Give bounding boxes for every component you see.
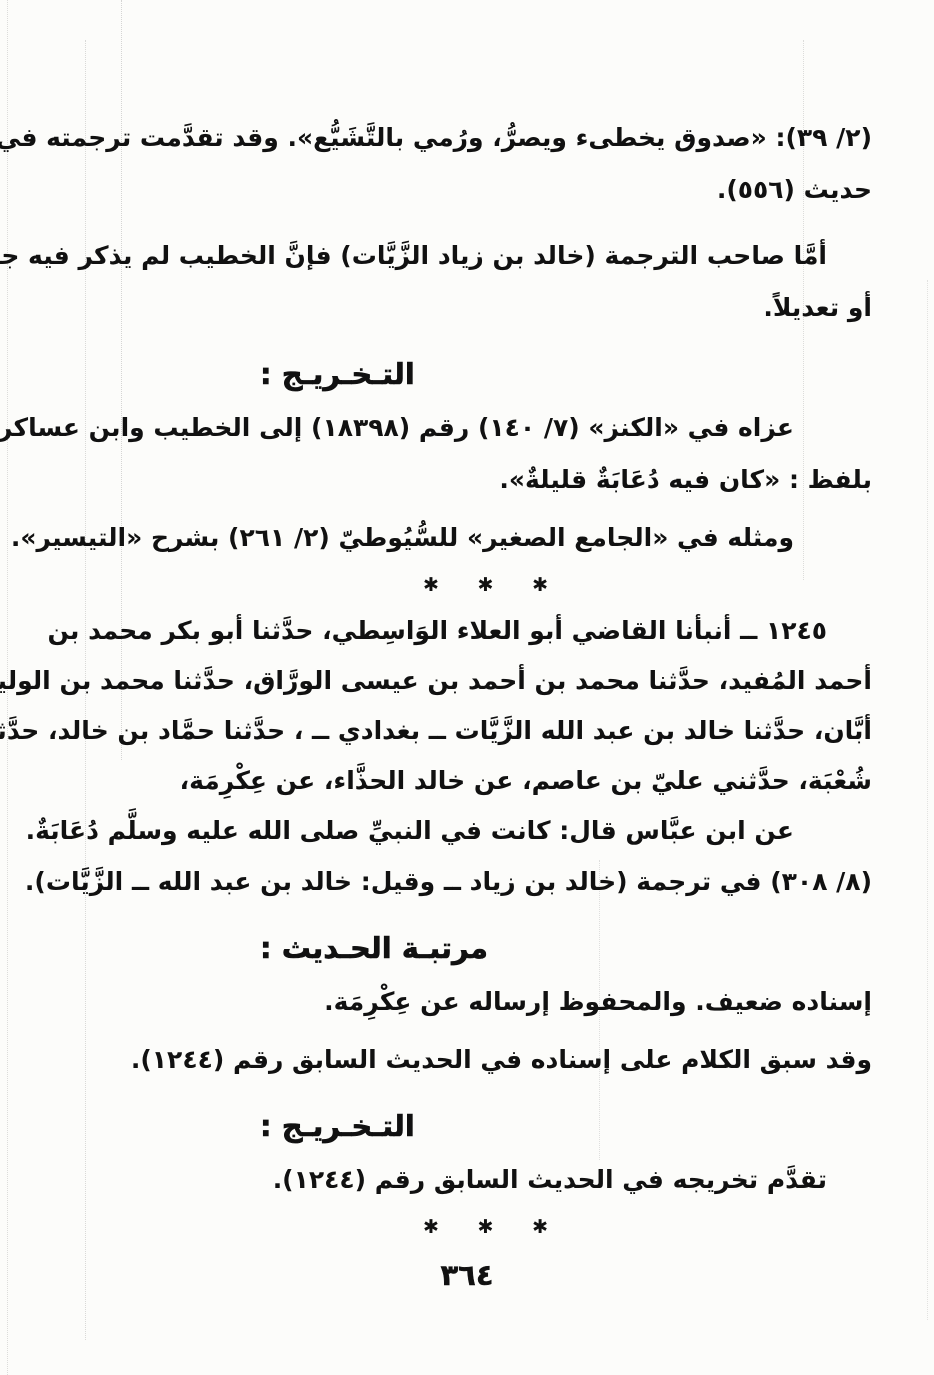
text-line: وقد سبق الكلام على إسناده في الحديث السا… xyxy=(85,1034,872,1086)
hadith-number-line: ١٢٤٥ ــ أنبأنا القاضي أبو العلاء الوَاسِ… xyxy=(85,606,872,656)
text-line: ومثله في «الجامع الصغير» للسُّيُوطيّ (٢/… xyxy=(85,512,872,564)
text-line: أبَّان، حدَّثنا خالد بن عبد الله الزَّيَ… xyxy=(85,706,872,756)
text-line: (٢/ ٣٩): «صدوق يخطىء ويصرُّ، ورُمي بالتَ… xyxy=(85,112,872,164)
separator-stars: ✱ ✱ ✱ xyxy=(85,1212,872,1242)
text-line: بلفظ : «كان فيه دُعَابَةٌ قليلةٌ». xyxy=(85,454,872,506)
separator-stars: ✱ ✱ ✱ xyxy=(85,570,872,600)
text-line: أمَّا صاحب الترجمة (خالد بن زياد الزَّيَ… xyxy=(85,230,872,282)
text-line: شُعْبَة، حدَّثني عليّ بن عاصم، عن خالد ا… xyxy=(85,756,872,806)
section-heading-martaba: مرتبـة الحـديث : xyxy=(85,920,872,976)
section-heading-takhrij: التـخـريـج : xyxy=(85,346,872,402)
text-line: عن ابن عبَّاس قال: كانت في النبيِّ صلى ا… xyxy=(85,806,872,856)
text-line: إسناده ضعيف. والمحفوظ إرساله عن عِكْرِمَ… xyxy=(85,976,872,1028)
section-heading-takhrij: التـخـريـج : xyxy=(85,1098,872,1154)
scanned-book-page: (٢/ ٣٩): «صدوق يخطىء ويصرُّ، ورُمي بالتَ… xyxy=(0,0,934,1375)
text-line: تقدَّم تخريجه في الحديث السابق رقم (١٢٤٤… xyxy=(85,1154,872,1206)
text-line: أو تعديلاً. xyxy=(85,282,872,334)
text-line: (٨/ ٣٠٨) في ترجمة (خالد بن زياد ــ وقيل:… xyxy=(85,856,872,908)
page-number: ٣٦٤ xyxy=(0,1258,934,1292)
text-line: أحمد المُفيد، حدَّثنا محمد بن أحمد بن عي… xyxy=(85,656,872,706)
scan-artifact-dotted-line xyxy=(927,280,928,1320)
text-line: حديث (٥٥٦). xyxy=(85,164,872,216)
text-line: عزاه في «الكنز» (٧/ ١٤٠) رقم (١٨٣٩٨) إلى… xyxy=(85,402,872,454)
text-column: (٢/ ٣٩): «صدوق يخطىء ويصرُّ، ورُمي بالتَ… xyxy=(85,112,872,1242)
